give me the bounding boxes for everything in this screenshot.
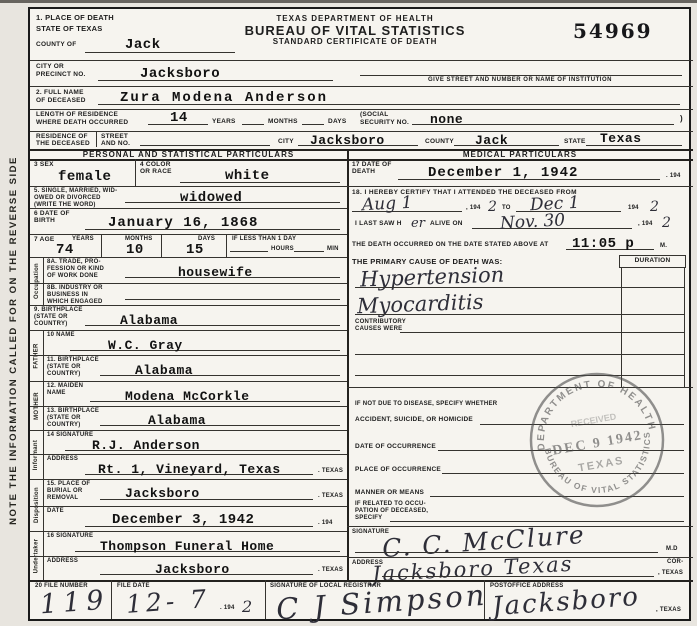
divider-line [161, 234, 162, 257]
rule-line [30, 131, 693, 132]
death-time-m-label: M. [660, 243, 667, 251]
margin-note: NOTE THE INFORMATION CALLED FOR ON THE R… [0, 105, 27, 575]
rule-line [355, 314, 684, 315]
column-divider [347, 149, 349, 580]
full-name-label-1: 2. FULL NAME [36, 89, 84, 97]
rule-line [30, 406, 347, 407]
divider-line [43, 479, 44, 531]
age-hours-label: HOURS [271, 246, 294, 254]
marital-value: widowed [180, 190, 242, 206]
file-date-year-hand: 2 [242, 597, 252, 616]
sex-label: 3 SEX [34, 161, 54, 169]
rule-line [30, 531, 347, 532]
dept-title-line2: BUREAU OF VITAL STATISTICS [210, 23, 500, 38]
death-occurred-label: THE DEATH OCCURRED ON THE DATE STATED AB… [352, 241, 549, 249]
rule-line [355, 552, 658, 553]
date-of-occurrence-label: DATE OF OCCURRENCE [355, 443, 436, 451]
rule-line [30, 234, 347, 235]
burial-place-value: Jacksboro [125, 486, 200, 501]
rule-line [382, 576, 654, 577]
sex-value: female [58, 169, 111, 185]
mother-birthplace-value: Alabama [148, 413, 206, 428]
undertaker-signature-label: 16 SIGNATURE [47, 533, 93, 541]
trade-label-3: OF WORK DONE [47, 273, 98, 281]
disposition-group-label: Disposition [29, 479, 44, 531]
last-saw-label-pre: I LAST SAW H [355, 220, 402, 228]
mother-birthplace-label-3: COUNTRY) [47, 422, 80, 430]
burial-date-label: DATE [47, 508, 64, 516]
residence-years-value: 14 [170, 110, 188, 126]
age-years-label: YEARS [72, 236, 94, 244]
death-date-label-2: DEATH [352, 168, 375, 176]
undertaker-signature-value: Thompson Funeral Home [100, 539, 274, 554]
state-value: Texas [600, 131, 642, 146]
occupation-value: housewife [178, 265, 253, 280]
occupation-group-text: Occupation [34, 263, 40, 299]
age-label: 7 AGE [34, 236, 55, 244]
last-saw-label-mid: ALIVE ON [430, 220, 463, 228]
rule-line [30, 283, 347, 284]
rule-line [347, 186, 693, 187]
duration-column-right-line [684, 268, 685, 387]
rule-line [400, 332, 684, 333]
rule-line [30, 454, 347, 455]
father-name-value: W.C. Gray [108, 338, 183, 353]
full-name-value: Zura Modena Anderson [120, 90, 328, 106]
rule-line [30, 109, 693, 110]
divider-line [43, 257, 44, 305]
rule-line [30, 60, 693, 61]
ssn-value: none [430, 112, 463, 127]
residence-length-label-2: WHERE DEATH OCCURRED [36, 119, 128, 127]
city-label: CITY [278, 138, 294, 146]
scanned-death-certificate: NOTE THE INFORMATION CALLED FOR ON THE R… [0, 0, 697, 626]
residence-length-label-1: LENGTH OF RESIDENCE [36, 111, 118, 119]
undertaker-address-value: Jacksboro [155, 562, 230, 577]
last-saw-her-hand: er [411, 216, 425, 231]
months-label: MONTHS [268, 118, 298, 126]
stamp-received-text: RECEIVED [570, 411, 618, 429]
divider-line [135, 159, 136, 186]
footer-divider [111, 580, 112, 619]
if-not-disease-label: IF NOT DUE TO DISEASE, SPECIFY WHETHER [355, 401, 497, 409]
death-date-value: December 1, 1942 [428, 165, 578, 181]
ssn-label-1: (SOCIAL [360, 111, 388, 119]
father-birthplace-label-3: COUNTRY) [47, 371, 80, 379]
maiden-name-label-2: NAME [47, 390, 66, 398]
undertaker-address-label: ADDRESS [47, 558, 78, 566]
burial-label-3: REMOVAL [47, 495, 78, 503]
contributory-label-2: CAUSES WERE [355, 326, 402, 334]
county2-label: COUNTY [425, 138, 454, 146]
rule-line [30, 86, 693, 87]
burial-date-value: December 3, 1942 [112, 512, 254, 528]
rule-line [302, 124, 324, 125]
age-min-label: MIN [327, 246, 339, 254]
county-value: Jack [125, 37, 161, 53]
rule-line [30, 381, 347, 382]
rule-line [140, 145, 270, 146]
father-birthplace-value: Alabama [135, 363, 193, 378]
residence-label-2: THE DECEASED [36, 140, 90, 148]
attended-from-value: Aug 1 [362, 193, 413, 216]
rule-line [125, 299, 340, 300]
postoffice-suffix: , TEXAS [656, 607, 681, 615]
last-saw-date-value: Nov. 30 [500, 210, 566, 233]
undertaker-address-suffix: . TEXAS [318, 567, 343, 575]
rule-line [294, 251, 324, 252]
rule-line [30, 305, 347, 306]
duration-label: DURATION [635, 257, 671, 265]
county-label: COUNTY OF [36, 41, 76, 49]
duration-header-box: DURATION [619, 255, 686, 268]
state-label: STATE [564, 138, 586, 146]
md-label: M.D [666, 546, 678, 554]
rule-line [242, 124, 264, 125]
rule-line [30, 506, 347, 507]
father-name-label: 10 NAME [47, 332, 75, 340]
state-of-texas-label: STATE OF TEXAS [36, 24, 103, 33]
death-time-value: 11:05 p [572, 236, 634, 252]
street-hint: GIVE STREET AND NUMBER OR NAME OF INSTIT… [370, 77, 670, 85]
margin-note-text: NOTE THE INFORMATION CALLED FOR ON THE R… [8, 156, 19, 525]
attended-to-year-hand: 2 [650, 199, 659, 215]
days-label: DAYS [328, 118, 346, 126]
last-saw-year-print: , 194 [638, 221, 653, 229]
rule-line [355, 287, 684, 288]
rule-line [30, 355, 347, 356]
birthplace-value: Alabama [120, 313, 178, 328]
occupation-group-label: Occupation [29, 257, 44, 305]
city-value: Jacksboro [310, 133, 385, 148]
divider-line [226, 234, 227, 257]
race-label-2: OR RACE [140, 168, 172, 176]
county2-value: Jack [475, 133, 508, 148]
last-saw-year-hand: 2 [662, 215, 671, 231]
rule-line [30, 330, 347, 331]
age-months-value: 10 [126, 242, 144, 258]
informant-address-suffix: . TEXAS [318, 468, 343, 476]
attended-to-year-print: 194 [628, 205, 639, 213]
city-precinct-label-2: PRECINCT NO. [36, 71, 86, 79]
file-date-year-print: . 194 [220, 605, 235, 613]
age-years-value: 74 [56, 242, 74, 258]
birth-date-value: January 16, 1868 [108, 215, 258, 231]
full-name-label-2: OF DECEASED [36, 97, 86, 105]
rule-line [100, 425, 340, 426]
birth-date-label-2: BIRTH [34, 217, 55, 225]
place-of-occurrence-label: PLACE OF OCCURRENCE [355, 466, 441, 474]
accident-label: ACCIDENT, SUICIDE, OR HOMICIDE [355, 416, 473, 424]
rule-line [230, 251, 268, 252]
received-stamp: DEPARTMENT OF HEALTH BUREAU OF VITAL STA… [510, 353, 684, 527]
ssn-label-2: SECURITY NO. [360, 119, 409, 127]
rule-line [30, 479, 347, 480]
race-value: white [225, 168, 270, 184]
informant-signature-label: 14 SIGNATURE [47, 432, 93, 440]
rule-line [30, 556, 347, 557]
physician-address-suffix: , TEXAS [658, 570, 683, 578]
footer-divider [265, 580, 266, 619]
divider-line [96, 132, 97, 147]
birthplace-label-3: COUNTRY) [34, 321, 67, 329]
city-precinct-value: Jacksboro [140, 66, 220, 82]
rule-line [30, 430, 347, 431]
informant-address-label: ADDRESS [47, 456, 78, 464]
burial-date-suffix: . 194 [318, 520, 333, 528]
informant-signature-value: R.J. Anderson [92, 438, 200, 453]
file-date-value: 12- 7 [125, 584, 211, 619]
stamp-date-text: DEC 9 1942 [551, 428, 644, 459]
rule-line [30, 580, 693, 582]
ssn-paren: ) [680, 114, 683, 124]
rule-line [30, 257, 347, 258]
burial-place-suffix: . TEXAS [318, 493, 343, 501]
place-of-death-label: 1. PLACE OF DEATH [36, 13, 114, 22]
age-less-than-label: IF LESS THAN 1 DAY [232, 236, 296, 244]
manner-or-means-label: MANNER OR MEANS [355, 489, 424, 497]
certificate-sheet: 1. PLACE OF DEATH STATE OF TEXAS COUNTY … [28, 7, 691, 621]
age-days-value: 15 [186, 242, 204, 258]
rule-line [30, 208, 347, 209]
file-number-value: 119 [39, 585, 111, 621]
street-label-2: AND NO. [101, 140, 130, 148]
rule-line [355, 354, 684, 355]
attended-from-year-print: , 194 [466, 205, 481, 213]
disposition-group-text: Disposition [34, 487, 40, 523]
dept-title-line3: STANDARD CERTIFICATE OF DEATH [230, 37, 480, 47]
cor-label: COR- [667, 559, 683, 567]
informant-address-value: Rt. 1, Vineyard, Texas [98, 462, 281, 477]
attended-to-label: TO [502, 205, 511, 213]
rule-line [30, 186, 347, 187]
divider-line [101, 234, 102, 257]
stamp-state-text: TEXAS [577, 455, 625, 475]
certificate-number: 54969 [573, 19, 653, 43]
attended-from-year-hand: 2 [488, 199, 497, 215]
rule-line [360, 75, 682, 76]
maiden-name-value: Modena McCorkle [125, 389, 250, 404]
years-label: YEARS [212, 118, 236, 126]
city-precinct-label-1: CITY OR [36, 63, 64, 71]
death-date-suffix: . 194 [666, 173, 681, 181]
related-occupation-label-3: SPECIFY [355, 515, 382, 523]
